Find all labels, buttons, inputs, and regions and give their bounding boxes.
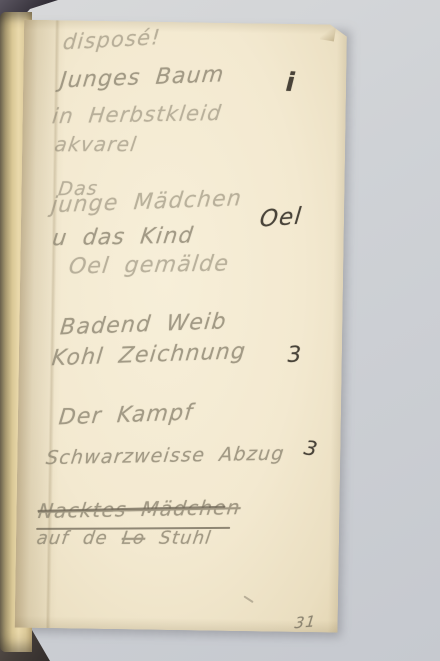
handwritten-line-auf-dem-stuhl: auf de Lo Stuhl <box>35 528 213 549</box>
fragment-stuhl: Stuhl <box>144 528 213 549</box>
handwritten-line-der-kampf: Der Kampf <box>58 400 195 430</box>
handwritten-line-badend-weib: Badend Weib <box>59 309 228 340</box>
page-number: 31 <box>294 612 318 632</box>
stray-pencil-mark <box>243 595 253 603</box>
handwritten-line-junges-baum: Junges Baum <box>59 62 226 93</box>
annotation-oel: Oel <box>259 203 304 232</box>
annotation-mark-1: i <box>285 68 297 98</box>
handwritten-line-akvarel: akvarel <box>53 132 139 156</box>
fragment-lo-crossed: Lo <box>120 528 146 549</box>
corner-fold <box>320 25 336 41</box>
handwritten-line-u-das-kind: u das Kind <box>51 223 195 251</box>
notebook-photo: disposé! Junges Baum in Herbstkleid akva… <box>0 0 440 661</box>
handwritten-line-oelgemaelde: Oel gemälde <box>67 251 230 279</box>
annotation-3-second: 3 <box>302 435 320 461</box>
fragment-auf-de: auf de <box>35 528 123 549</box>
handwritten-line-herbstkleid: in Herbstkleid <box>51 101 223 128</box>
notebook-page: disposé! Junges Baum in Herbstkleid akva… <box>15 20 348 633</box>
handwritten-line-abzug: Schwarzweisse Abzug <box>45 443 286 470</box>
handwritten-line-title: disposé! <box>62 25 162 54</box>
annotation-3-first: 3 <box>287 343 303 368</box>
handwritten-line-kohl-zeichnung: Kohl Zeichnung <box>50 339 247 371</box>
